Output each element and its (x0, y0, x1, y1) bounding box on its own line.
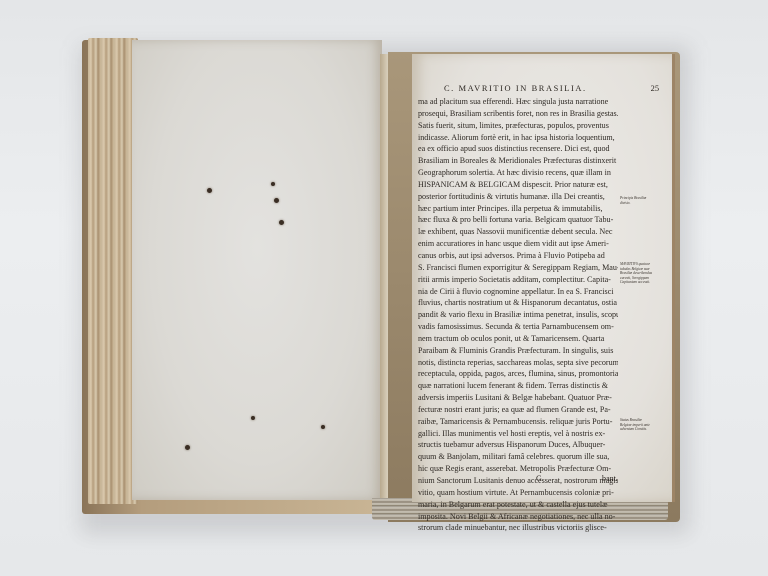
text-line: Geographorum solertia. At hæc divisio re… (418, 167, 618, 179)
wormhole (185, 445, 190, 450)
left-page-edges (88, 38, 138, 504)
text-line: ea ex officio apud suos distinctius rece… (418, 143, 618, 155)
text-line: nem tractum ob oculos ponit, ut & Tamari… (418, 333, 618, 345)
text-line: imposita. Novi Belgii & Africanæ negotia… (418, 511, 618, 523)
running-head: C. MAVRITIO IN BRASILIA. 25 (444, 84, 659, 93)
page-number: 25 (651, 84, 659, 93)
wormhole (251, 416, 255, 420)
text-line: HISPANICAM & BELGICAM dispescit. Prior n… (418, 179, 618, 191)
text-line: hæc fluxa & pro belli fortuna varia. Bel… (418, 214, 618, 226)
text-line: Satis fuerit, situm, limites, præfectura… (418, 120, 618, 132)
text-line: notis, distincta reperias, sacchareas mo… (418, 357, 618, 369)
text-line: pandit & vario flexu in Brasiliæ intima … (418, 309, 618, 321)
right-page-printed: C. MAVRITIO IN BRASILIA. 25 ma ad placit… (412, 54, 675, 502)
text-line: ritii armis imperio Societatis additam, … (418, 274, 618, 286)
wormhole (321, 425, 325, 429)
text-line: fecturæ nostri erant juris; ea quæ ad fl… (418, 404, 618, 416)
text-line: ma ad placitum sua efferendi. Hæc singul… (418, 96, 618, 108)
left-page-blank (132, 40, 382, 500)
text-line: quæ narrationi lucem fenerant & fidem. T… (418, 380, 618, 392)
text-line: raibæ, Tamaricensis & Pernambucensis. re… (418, 416, 618, 428)
marginal-note: MAVRITIVS quatuor tabulas Belgicæ suæ Br… (620, 262, 654, 285)
text-line: nia de Cirii à fluvio cognomine appellat… (418, 286, 618, 298)
text-line: fluvius, chartis nostratium ut & Hispano… (418, 297, 618, 309)
marginal-note: Status Brasiliæ Belgicæ imperii ante adv… (620, 418, 654, 432)
catchword: bant. (602, 474, 618, 483)
text-line: vitio, quam hostium virtute. At Pernambu… (418, 487, 618, 499)
text-line: canus orbis, aut ipsi adversos. Prima à … (418, 250, 618, 262)
wormhole (271, 182, 275, 186)
text-line: hæc partium inter Principes. illa perpet… (418, 203, 618, 215)
wormhole (279, 220, 284, 225)
text-line: læ exhibent, quas Nassovii munificentiæ … (418, 226, 618, 238)
text-line: adversis imperiis Lusitani & Belgæ habeb… (418, 392, 618, 404)
body-text: ma ad placitum sua efferendi. Hæc singul… (418, 96, 618, 534)
book-photo-scene: C. MAVRITIO IN BRASILIA. 25 ma ad placit… (0, 0, 768, 576)
text-line: gallici. Illas munimentis vel hosti erep… (418, 428, 618, 440)
wormhole (274, 198, 279, 203)
text-line: Brasiliam in Boreales & Meridionales Præ… (418, 155, 618, 167)
text-line: receptacula, oppida, pagos, arces, flumi… (418, 368, 618, 380)
text-line: posterior fortitudinis & virtutis humanæ… (418, 191, 618, 203)
text-line: indicasse. Aliorum fortè erit, in hac ip… (418, 132, 618, 144)
text-line: enim accuratiores in hanc usque diem vid… (418, 238, 618, 250)
text-line: strorum clade minuebantur, nec illustrib… (418, 522, 618, 534)
page-footer: G bant. (418, 474, 618, 486)
text-line: vadis famosissimus. Secunda & tertia Par… (418, 321, 618, 333)
wormhole (207, 188, 212, 193)
text-line: maria, in Belgarum erat potestate, ut & … (418, 499, 618, 511)
running-head-title: C. MAVRITIO IN BRASILIA. (444, 84, 587, 93)
text-line: structis tuebamur adversus Hispanorum Du… (418, 439, 618, 451)
signature-mark: G (536, 474, 542, 483)
text-line: quum & Banjolam, militari famâ celebres.… (418, 451, 618, 463)
marginal-note: Principis Brasiliæ divisio. (620, 196, 654, 205)
text-line: prosequi, Brasiliam scribentis foret, no… (418, 108, 618, 120)
text-line: S. Francisci flumen exporrigitur & Sereg… (418, 262, 618, 274)
text-line: Paraibam & Fluminis Grandis Præfecturam.… (418, 345, 618, 357)
